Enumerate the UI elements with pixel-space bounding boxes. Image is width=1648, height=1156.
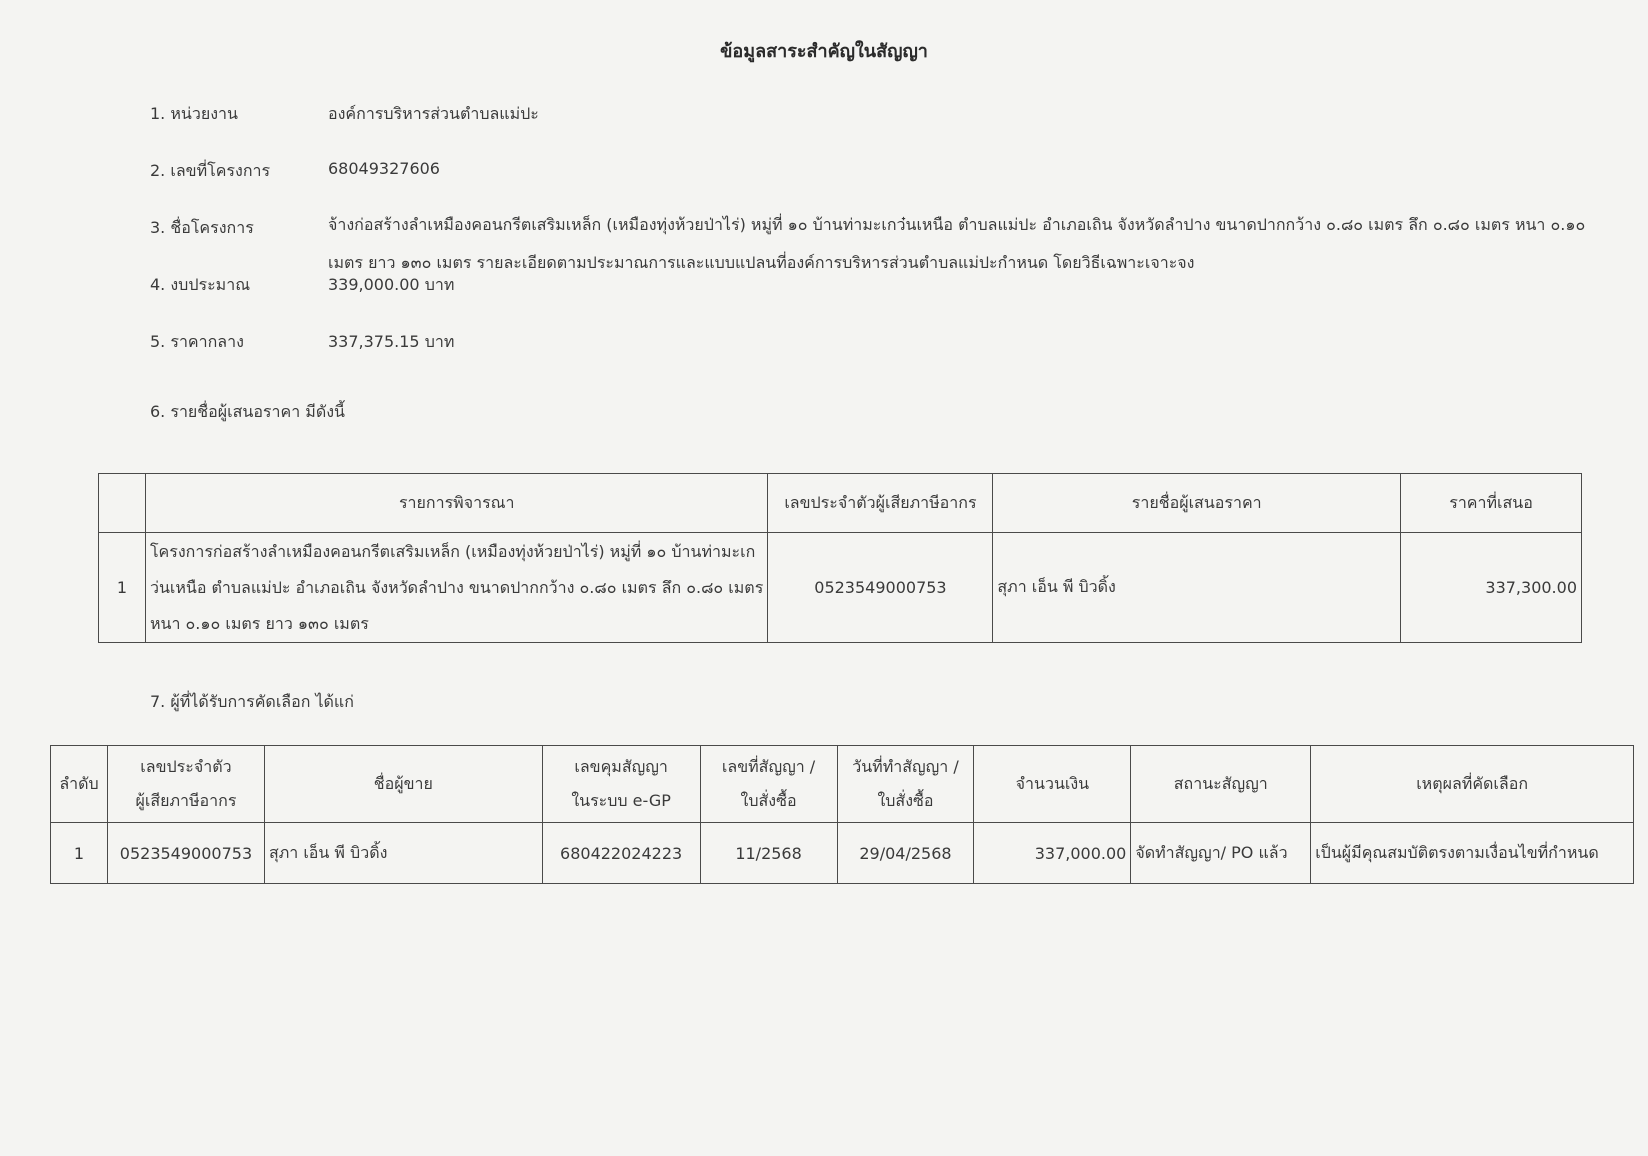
field-value: 337,375.15 บาท [328,330,454,355]
item-description: โครงการก่อสร้างลำเหมืองคอนกรีตเสริมเหล็ก… [145,533,768,643]
offered-price: 337,300.00 [1401,533,1582,643]
header-cell: เลขที่สัญญา / ใบสั่งซื้อ [700,746,837,823]
table-header-row: รายการพิจารณา เลขประจำตัวผู้เสียภาษีอากร… [99,474,1582,533]
header-cell: เลขประจำตัว ผู้เสียภาษีอากร [107,746,264,823]
field-value: จ้างก่อสร้างลำเหมืองคอนกรีตเสริมเหล็ก (เ… [328,206,1618,282]
header-cell: ราคาที่เสนอ [1401,474,1582,533]
contract-date: 29/04/2568 [837,823,974,884]
field-value: องค์การบริหารส่วนตำบลแม่ปะ [328,102,539,127]
field-value: 68049327606 [328,159,440,178]
row-number: 1 [99,533,146,643]
header-cell: วันที่ทำสัญญา / ใบสั่งซื้อ [837,746,974,823]
table-row: 1 0523549000753 สุภา เอ็น พี บิวดิ้ง 680… [51,823,1634,884]
section-bidders-title: 6. รายชื่อผู้เสนอราคา มีดังนี้ [150,400,345,425]
header-cell: สถานะสัญญา [1131,746,1311,823]
header-cell: รายการพิจารณา [145,474,768,533]
seller-name: สุภา เอ็น พี บิวดิ้ง [264,823,542,884]
egp-control-number: 680422024223 [542,823,700,884]
tax-id: 0523549000753 [107,823,264,884]
field-label: 2. เลขที่โครงการ [150,159,270,184]
bidder-name: สุภา เอ็น พี บิวดิ้ง [993,533,1401,643]
table-row: 1 โครงการก่อสร้างลำเหมืองคอนกรีตเสริมเหล… [99,533,1582,643]
header-cell: เลขคุมสัญญา ในระบบ e-GP [542,746,700,823]
contract-number: 11/2568 [700,823,837,884]
header-cell [99,474,146,533]
field-label: 5. ราคากลาง [150,330,244,355]
header-cell: ชื่อผู้ขาย [264,746,542,823]
header-cell: จำนวนเงิน [974,746,1131,823]
amount: 337,000.00 [974,823,1131,884]
field-label: 3. ชื่อโครงการ [150,216,254,241]
tax-id: 0523549000753 [768,533,993,643]
header-cell: เหตุผลที่คัดเลือก [1311,746,1634,823]
header-cell: รายชื่อผู้เสนอราคา [993,474,1401,533]
field-label: 1. หน่วยงาน [150,102,238,127]
field-value: 339,000.00 บาท [328,273,454,298]
header-cell: ลำดับ [51,746,108,823]
row-number: 1 [51,823,108,884]
contract-status: จัดทำสัญญา/ PO แล้ว [1131,823,1311,884]
field-label: 4. งบประมาณ [150,273,250,298]
winners-table: ลำดับ เลขประจำตัว ผู้เสียภาษีอากร ชื่อผู… [50,745,1634,884]
selection-reason: เป็นผู้มีคุณสมบัติตรงตามเงื่อนไขที่กำหนด [1311,823,1634,884]
section-winners-title: 7. ผู้ที่ได้รับการคัดเลือก ได้แก่ [150,690,354,715]
header-cell: เลขประจำตัวผู้เสียภาษีอากร [768,474,993,533]
document-page: ข้อมูลสาระสำคัญในสัญญา 1. หน่วยงาน องค์ก… [0,0,1648,1156]
bidders-table: รายการพิจารณา เลขประจำตัวผู้เสียภาษีอากร… [98,473,1582,643]
table-header-row: ลำดับ เลขประจำตัว ผู้เสียภาษีอากร ชื่อผู… [51,746,1634,823]
document-title: ข้อมูลสาระสำคัญในสัญญา [0,36,1648,65]
